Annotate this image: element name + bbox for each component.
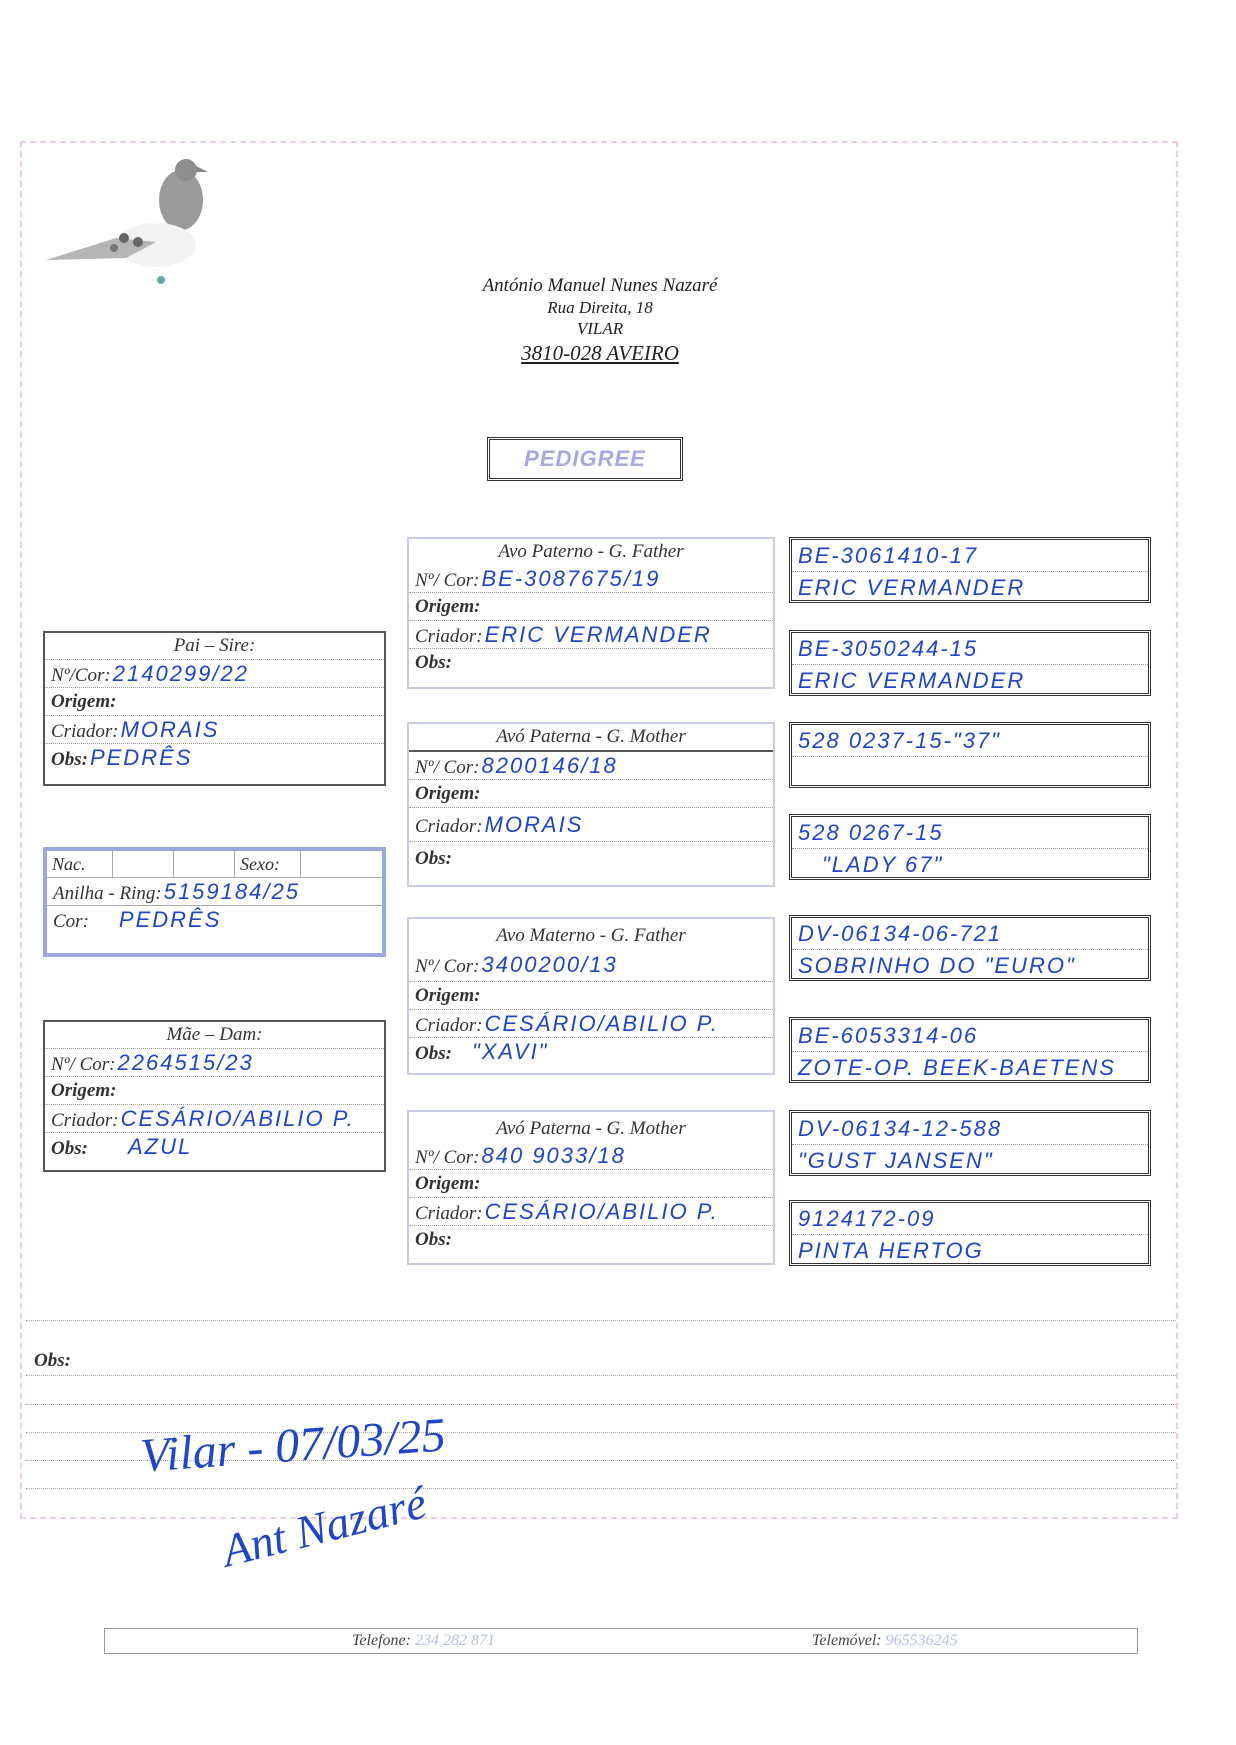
ggp-note: PINTA HERTOG (792, 1235, 1148, 1266)
obs-label: Obs: (34, 1350, 71, 1372)
label: Criador: (415, 623, 483, 650)
ggp-ring: BE-6053314-06 (792, 1020, 1148, 1052)
label: Criador: (415, 1012, 483, 1039)
village: VILAR (400, 318, 800, 339)
ggp-ring: BE-3050244-15 (792, 633, 1148, 665)
dam-card: Mãe – Dam: Nº/ Cor:2264515/23 Origem: Cr… (43, 1020, 386, 1172)
label: Criador: (415, 1200, 483, 1227)
grandparent-title: Avó Paterna - G. Mother (409, 1112, 773, 1142)
ggp-note: ZOTE-OP. BEEK-BAETENS (792, 1052, 1148, 1083)
label: Nº/ Cor: (51, 1051, 116, 1078)
pedigree-title: PEDIGREE (487, 437, 683, 481)
ggp-ring: 528 0267-15 (792, 817, 1148, 849)
phone-label: Telefone: (352, 1632, 411, 1649)
ggp-note: SOBRINHO DO "EURO" (792, 950, 1148, 981)
grandparent-card: Avó Paterna - G. Mother Nº/ Cor:840 9033… (407, 1110, 775, 1265)
ggp-ring: 9124172-09 (792, 1203, 1148, 1235)
grandparent-card: Avó Paterna - G. Mother Nº/ Cor:8200146/… (407, 722, 775, 887)
ggp-note: ERIC VERMANDER (792, 572, 1148, 603)
sire-card: Pai – Sire: Nº/Cor:2140299/22 Origem: Cr… (43, 631, 386, 786)
label: Origem: (415, 1170, 480, 1197)
grandparent-title: Avo Materno - G. Father (409, 919, 773, 949)
grandparent-breeder: CESÁRIO/ABILIO P. (485, 1010, 719, 1037)
dam-number: 2264515/23 (118, 1049, 254, 1076)
sire-obs: PEDRÊS (90, 744, 192, 771)
label: Cor: (53, 908, 89, 935)
grandparent-obs: "XAVI" (472, 1038, 549, 1065)
sex-label: Sexo: (235, 851, 301, 877)
great-grandparent-box: 528 0267-15"LADY 67" (789, 814, 1151, 880)
grandparent-number: BE-3087675/19 (482, 565, 661, 592)
grandparent-number: 840 9033/18 (482, 1142, 626, 1169)
grandparent-breeder: MORAIS (485, 808, 584, 841)
label: Nº/Cor: (51, 662, 111, 689)
great-grandparent-box: BE-3050244-15ERIC VERMANDER (789, 630, 1151, 696)
label: Nº/ Cor: (415, 1144, 480, 1171)
great-grandparent-box: BE-3061410-17ERIC VERMANDER (789, 537, 1151, 603)
great-grandparent-box: BE-6053314-06ZOTE-OP. BEEK-BAETENS (789, 1017, 1151, 1083)
ggp-note: "LADY 67" (792, 849, 1148, 880)
divider (26, 1320, 1176, 1321)
label: Origem: (415, 593, 480, 620)
ring-number: 5159184/25 (164, 878, 300, 905)
grandparent-number: 3400200/13 (482, 949, 618, 981)
label: Origem: (415, 780, 480, 807)
contact-footer: Telefone: 234 282 871 Telemóvel: 9655362… (104, 1628, 1138, 1654)
label: Obs: (415, 649, 452, 676)
sire-breeder: MORAIS (121, 716, 220, 743)
grandparent-breeder: ERIC VERMANDER (485, 621, 712, 648)
street: Rua Direita, 18 (400, 297, 800, 318)
label: Origem: (51, 688, 116, 715)
bird-color: PEDRÊS (119, 906, 221, 933)
label: Obs: (415, 1040, 452, 1067)
label: Anilha - Ring: (53, 880, 162, 907)
grandparent-card: Avo Materno - G. Father Nº/ Cor:3400200/… (407, 917, 775, 1075)
great-grandparent-box: DV-06134-12-588"GUST JANSEN" (789, 1110, 1151, 1176)
label: Obs: (51, 1135, 88, 1162)
grandparent-title: Avo Paterno - G. Father (409, 539, 773, 565)
label: Criador: (51, 718, 119, 745)
label: Origem: (51, 1077, 116, 1104)
nac-field-2 (174, 851, 235, 877)
label: Origem: (415, 982, 480, 1009)
nac-label: Nac. (47, 851, 113, 877)
divider (26, 1404, 1176, 1405)
ggp-ring: BE-3061410-17 (792, 540, 1148, 572)
grandparent-card: Avo Paterno - G. Father Nº/ Cor:BE-30876… (407, 537, 775, 689)
grandparent-breeder: CESÁRIO/ABILIO P. (485, 1198, 719, 1225)
ggp-note: "GUST JANSEN" (792, 1145, 1148, 1176)
pigeon-logo-icon (36, 150, 226, 300)
ggp-note (792, 757, 1148, 788)
divider (26, 1375, 1176, 1376)
great-grandparent-box: DV-06134-06-721SOBRINHO DO "EURO" (789, 915, 1151, 981)
nac-field-1 (113, 851, 174, 877)
dam-breeder: CESÁRIO/ABILIO P. (121, 1105, 355, 1132)
label: Nº/ Cor: (415, 754, 480, 781)
dam-title: Mãe – Dam: (45, 1022, 384, 1048)
label: Obs: (415, 1226, 452, 1253)
divider (26, 1488, 1176, 1489)
postal-city: 3810-028 AVEIRO (400, 341, 800, 366)
label: Nº/ Cor: (415, 951, 480, 983)
label: Nº/ Cor: (415, 567, 480, 594)
ggp-note: ERIC VERMANDER (792, 665, 1148, 696)
great-grandparent-box: 528 0237-15-"37" (789, 722, 1151, 788)
sex-value (301, 851, 306, 877)
breeder-name: António Manuel Nunes Nazaré (400, 275, 800, 297)
dam-obs: AZUL (128, 1133, 192, 1160)
sire-title: Pai – Sire: (45, 633, 384, 659)
grandparent-title: Avó Paterna - G. Mother (409, 724, 773, 752)
label: Criador: (415, 810, 483, 843)
label: Obs: (415, 842, 452, 875)
grandparent-number: 8200146/18 (482, 752, 618, 779)
mobile-number: 965536245 (886, 1632, 958, 1649)
sire-number: 2140299/22 (113, 660, 249, 687)
breeder-address: António Manuel Nunes Nazaré Rua Direita,… (400, 275, 800, 366)
bird-info-card: Nac. Sexo: Anilha - Ring:5159184/25 Cor:… (43, 847, 386, 957)
label: Criador: (51, 1107, 119, 1134)
phone-number: 234 282 871 (415, 1632, 495, 1649)
ggp-ring: DV-06134-12-588 (792, 1113, 1148, 1145)
ggp-ring: 528 0237-15-"37" (792, 725, 1148, 757)
ggp-ring: DV-06134-06-721 (792, 918, 1148, 950)
great-grandparent-box: 9124172-09PINTA HERTOG (789, 1200, 1151, 1266)
mobile-label: Telemóvel: (812, 1632, 882, 1649)
label: Obs: (51, 746, 88, 773)
